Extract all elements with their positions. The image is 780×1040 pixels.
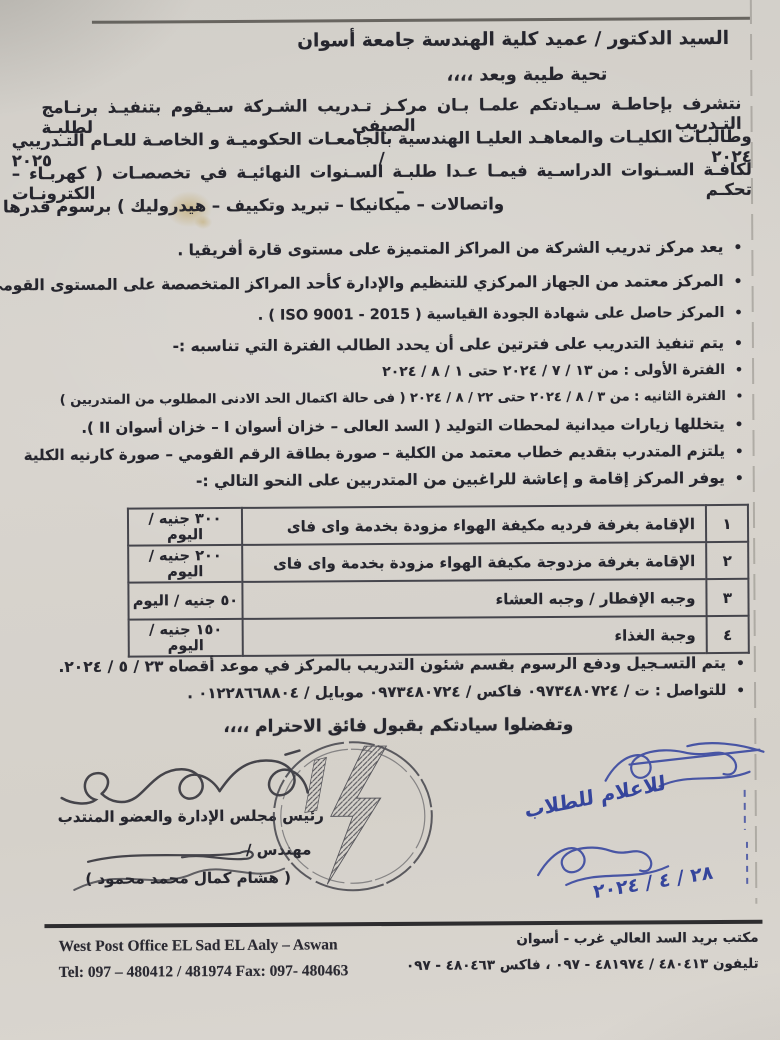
- row-number: ٢: [706, 542, 748, 579]
- scanned-letter-page: السيد الدكتور / عميد كلية الهندسة جامعة …: [0, 0, 780, 1040]
- row-price: ١٥٠ جنيه / اليوم: [129, 619, 243, 657]
- company-stamp: الشركة القابضة لكهرباء مصر المحطات المائ…: [267, 736, 438, 897]
- bullet-text: الفترة الأولى : من ١٣ / ٧ / ٢٠٢٤ حتى ١ /…: [382, 362, 725, 380]
- intro-line-2: وطالبـات الكليـات والمعاهـد العليـا الهن…: [12, 127, 752, 154]
- bullet-icon: •: [734, 306, 742, 321]
- row-description: الإقامة بغرفة فرديه مكيفة الهواء مزودة ب…: [242, 505, 706, 545]
- closing-line: وتفضلوا سيادتكم بقبول فائق الاحترام ،،،،: [239, 715, 573, 737]
- bullet-text: يعد مركز تدريب الشركة من المراكز المتميز…: [177, 238, 723, 259]
- row-description: وجبه الإفطار / وجبه العشاء: [242, 579, 706, 619]
- bullet-icon: •: [736, 683, 745, 699]
- footer-arabic-phone: تليفون ٤٨٠٤١٣ / ٤٨١٩٧٤ - ٠٩٧ ، فاكس ٤٨٠٤…: [406, 956, 759, 974]
- row-price: ٥٠ جنيه / اليوم: [128, 582, 242, 620]
- bullet-icon: •: [734, 336, 743, 352]
- row-number: ٣: [706, 579, 748, 616]
- bullet-text: يلتزم المتدرب بتقديم خطاب معتمد من الكلي…: [24, 442, 725, 464]
- bullet-field-visits: •يتخللها زيارات ميدانية لمحطات التوليد (…: [81, 415, 743, 437]
- bullet-accredited: •المركز معتمد من الجهاز المركزي للتنظيم …: [0, 272, 743, 295]
- accommodation-price-table: ١ الإقامة بغرفة فرديه مكيفة الهواء مزودة…: [127, 504, 750, 658]
- bullet-icon: •: [736, 389, 744, 403]
- bullet-icon: •: [735, 362, 743, 377]
- bullet-period-2: •الفترة الثانيه : من ٣ / ٨ / ٢٠٢٤ حتى ٢٢…: [60, 389, 744, 408]
- bullet-text: يوفر المركز إقامة و إعاشة للراغبين من ال…: [196, 469, 725, 490]
- bullet-text: المركز حاصل على شهادة الجودة القياسية ( …: [258, 305, 725, 324]
- row-price: ٣٠٠ جنيه / اليوم: [128, 508, 242, 546]
- handwritten-note: للاعلام للطلاب: [439, 770, 667, 839]
- bolt-bar-icon: [304, 757, 326, 812]
- table-row: ١ الإقامة بغرفة فرديه مكيفة الهواء مزودة…: [128, 505, 748, 546]
- footer-arabic-address: مكتب بريد السد العالي غرب - أسوان: [516, 930, 758, 947]
- table-row: ٢ الإقامة بغرفة مزدوجة مكيفة الهواء مزود…: [128, 542, 748, 583]
- bullet-iso: •المركز حاصل على شهادة الجودة القياسية (…: [258, 305, 743, 324]
- bullet-text: الفترة الثانيه : من ٣ / ٨ / ٢٠٢٤ حتى ٢٢ …: [60, 389, 726, 408]
- row-number: ١: [706, 505, 748, 542]
- row-description: وجبة الغذاء: [243, 616, 707, 656]
- footer-rule: [44, 920, 762, 928]
- recipient-line: السيد الدكتور / عميد كلية الهندسة جامعة …: [297, 28, 729, 52]
- bullet-contact-numbers: •للتواصل : ت / ٠٩٧٣٤٨٠٧٢٤ فاكس / ٠٩٧٣٤٨٠…: [187, 681, 745, 702]
- row-number: ٤: [707, 616, 749, 653]
- intro-line-3: لكافـة السـنوات الدراسـية فيمـا عـدا طلب…: [12, 160, 752, 187]
- bullet-text: المركز معتمد من الجهاز المركزي للتنظيم و…: [0, 272, 724, 295]
- lightning-bolt-icon: [326, 746, 387, 884]
- footer-english-address: West Post Office EL Sad EL Aaly – Aswan: [59, 936, 338, 956]
- bullet-registration-deadline: •يتم التسـجيل ودفع الرسوم بقسم شئون التد…: [58, 654, 745, 676]
- bullet-required-documents: •يلتزم المتدرب بتقديم خطاب معتمد من الكل…: [24, 442, 744, 464]
- intro-line-4: واتصالات – ميكانيكا – تبريد وتكييف – هيد…: [8, 194, 504, 219]
- bullet-text: يتم التسـجيل ودفع الرسوم بقسم شئون التدر…: [58, 654, 726, 676]
- bullet-icon: •: [736, 656, 745, 672]
- footer-english-phone: Tel: 097 – 480412 / 481974 Fax: 097- 480…: [59, 962, 349, 982]
- table-row: ٤ وجبة الغذاء ١٥٠ جنيه / اليوم: [129, 616, 749, 657]
- row-description: الإقامة بغرفة مزدوجة مكيفة الهواء مزودة …: [242, 542, 706, 582]
- bullet-icon: •: [735, 444, 744, 460]
- bullet-text: يتخللها زيارات ميدانية لمحطات التوليد ( …: [81, 415, 725, 437]
- table-row: ٣ وجبه الإفطار / وجبه العشاء ٥٠ جنيه / ا…: [128, 579, 748, 620]
- page-content: السيد الدكتور / عميد كلية الهندسة جامعة …: [0, 0, 780, 1040]
- bullet-icon: •: [734, 274, 743, 290]
- bullet-text: للتواصل : ت / ٠٩٧٣٤٨٠٧٢٤ فاكس / ٠٩٧٣٤٨٠٧…: [187, 681, 726, 702]
- bullet-two-periods: •يتم تنفيذ التدريب على فترتين على أن يحد…: [172, 334, 742, 355]
- bullet-text: يتم تنفيذ التدريب على فترتين على أن يحدد…: [172, 334, 724, 355]
- row-price: ٢٠٠ جنيه / اليوم: [128, 545, 242, 583]
- bullet-period-1: •الفترة الأولى : من ١٣ / ٧ / ٢٠٢٤ حتى ١ …: [382, 362, 743, 380]
- name-overlay-ink: [62, 857, 292, 900]
- header-rule: [92, 17, 750, 24]
- bullet-icon: •: [733, 240, 742, 256]
- bullet-icon: •: [735, 417, 744, 433]
- bullet-africa: •يعد مركز تدريب الشركة من المراكز المتمي…: [177, 238, 742, 259]
- bullet-icon: •: [735, 471, 744, 487]
- salutation-line: تحية طيبة وبعد ،،،،: [447, 65, 608, 86]
- bullet-accommodation-intro: •يوفر المركز إقامة و إعاشة للراغبين من ا…: [196, 469, 744, 490]
- blue-margin-dashes: [738, 788, 755, 892]
- intro-line-1: نتشرف بإحاطـة سـيادتكم علمـا بـان مركـز …: [41, 94, 741, 120]
